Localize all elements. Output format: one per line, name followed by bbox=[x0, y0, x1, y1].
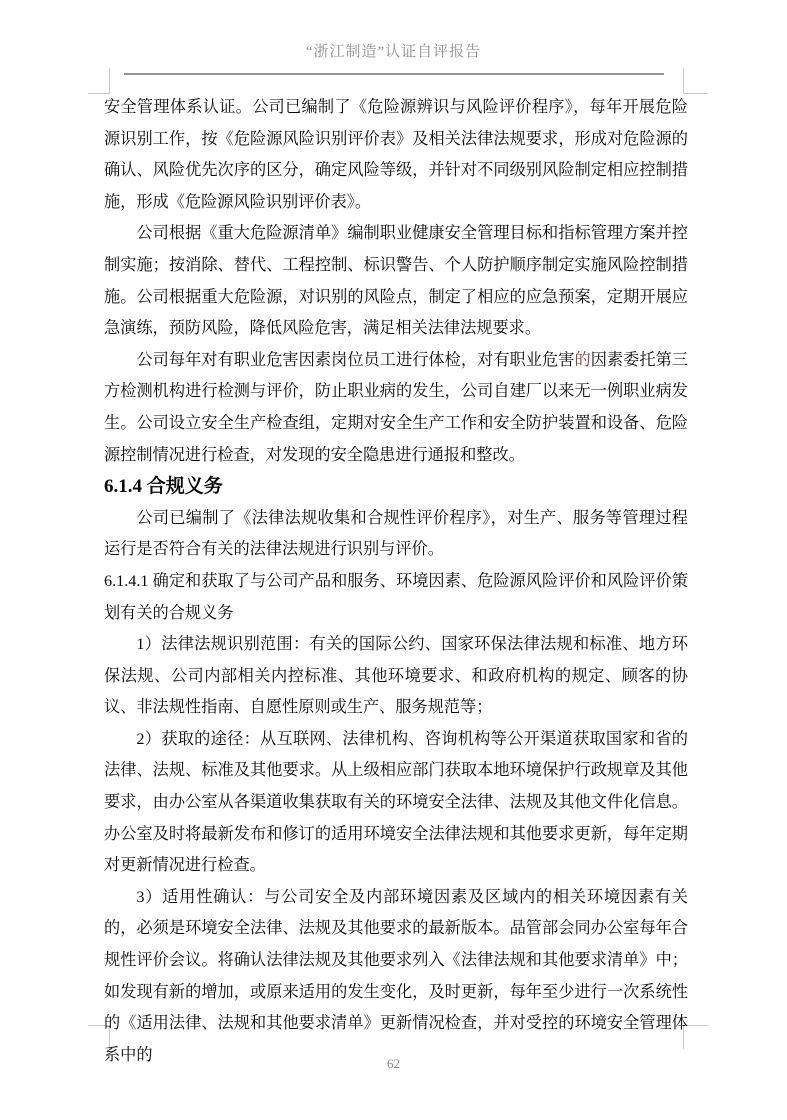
header-rule-line bbox=[124, 73, 664, 75]
margin-corner-mark-top-left bbox=[88, 68, 110, 94]
page-header-title: “浙江制造”认证自评报告 bbox=[0, 40, 787, 61]
list-item-3-applicability-confirmation: 3）适用性确认：与公司安全及内部环境因素及区域内的相关环境因素有关的，必须是环境… bbox=[104, 882, 688, 1072]
paragraph-occupational-health-checkup-segment-1: 公司每年对有职业危害因素岗位员工进行体检，对有职业危害 bbox=[136, 351, 574, 369]
document-body: 安全管理体系认证。公司已编制了《危险源辨识与风险评价程序》，每年开展危险源识别工… bbox=[104, 92, 688, 1071]
page-number: 62 bbox=[0, 1056, 787, 1072]
list-item-1-identification-scope: 1）法律法规识别范围：有关的国际公约、国家环保法律法规和标准、地方环保法规、公司… bbox=[104, 629, 688, 724]
paragraph-compliance-procedure: 公司已编制了《法律法规收集和合规性评价程序》，对生产、服务等管理过程运行是否符合… bbox=[104, 503, 688, 566]
paragraph-occupational-health-checkup: 公司每年对有职业危害因素岗位员工进行体检，对有职业危害的因素委托第三方检测机构进… bbox=[104, 345, 688, 471]
red-highlighted-character: 的 bbox=[574, 351, 590, 369]
section-heading-6-1-4: 6.1.4 合规义务 bbox=[104, 471, 688, 503]
document-page: “浙江制造”认证自评报告 安全管理体系认证。公司已编制了《危险源辨识与风险评价程… bbox=[0, 0, 787, 1120]
paragraph-major-hazard-sources: 公司根据《重大危险源清单》编制职业健康安全管理目标和指标管理方案并控制实施；按消… bbox=[104, 218, 688, 344]
subsection-6-1-4-1-lead: 6.1.4.1 确定和获取了与公司产品和服务、环境因素、危险源风险评价和风险评价… bbox=[104, 566, 688, 629]
list-item-2-acquisition-channels: 2）获取的途径：从互联网、法律机构、咨询机构等公开渠道获取国家和省的法律、法规、… bbox=[104, 724, 688, 882]
margin-corner-mark-top-right bbox=[683, 68, 708, 94]
paragraph-safety-system: 安全管理体系认证。公司已编制了《危险源辨识与风险评价程序》，每年开展危险源识别工… bbox=[104, 92, 688, 218]
